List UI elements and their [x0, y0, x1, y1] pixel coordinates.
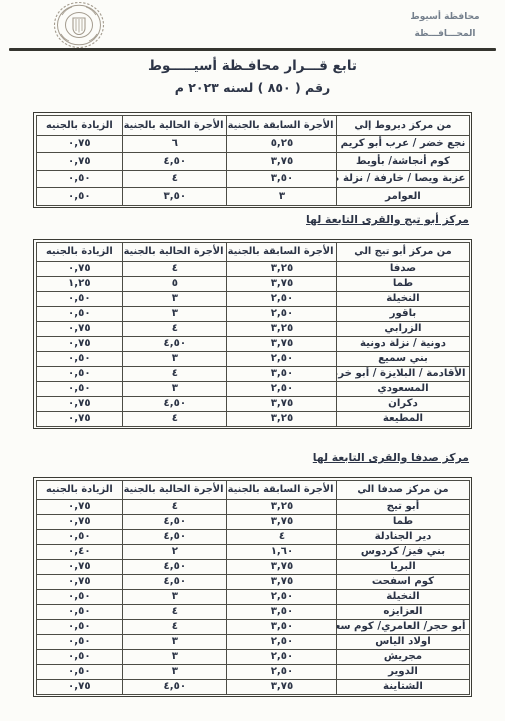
abu-tig-fares-table: من مركز أبو تيج اليالأجرة السابقة بالجني… [36, 242, 470, 427]
table-row: كوم أنجاشة/ بأويط٣,٧٥٤,٥٠٠,٧٥ [36, 153, 469, 171]
decree-title: تابع قـــرار محافـظة أسيـــــوط [0, 58, 505, 74]
fare-value-cell: ٠,٧٥ [36, 321, 123, 336]
fare-value-cell: ٠,٥٠ [36, 291, 123, 306]
fare-value-cell: ٣,٥٠ [227, 170, 337, 188]
table-frame: من مركز صدفا اليالأجرة السابقة بالجنيةال… [33, 477, 472, 697]
fare-value-cell: ٠,٥٠ [36, 529, 123, 544]
fare-value-cell: ٢,٥٠ [227, 381, 337, 396]
fare-value-cell: ٠,٥٠ [36, 366, 123, 381]
table-header-row: من مركز ديروط إليالأجرة السابقة بالجنيةا… [36, 115, 469, 135]
destination-cell: العوامر [337, 188, 469, 206]
fare-value-cell: ٣,٥٠ [123, 188, 227, 206]
destination-cell: أبو تيج [337, 499, 469, 514]
destination-cell: دونية / نزلة دونية [337, 336, 469, 351]
destination-cell: الشتاينة [337, 679, 469, 694]
fare-value-cell: ٠,٧٥ [36, 574, 123, 589]
fare-value-cell: ٠,٧٥ [36, 135, 123, 153]
fare-value-cell: ٣ [123, 306, 227, 321]
fare-value-cell: ٤,٥٠ [123, 559, 227, 574]
fare-value-cell: ٤,٥٠ [123, 679, 227, 694]
decree-number-line: رقم ( ٨٥٠ ) لسنه ٢٠٢٣ م [0, 80, 505, 95]
destination-cell: أبو حجر/ العامري/ كوم سعيد [337, 619, 469, 634]
fare-value-cell: ٠,٧٥ [36, 679, 123, 694]
governorate-seal-icon [46, 1, 112, 49]
fare-value-cell: ٣,٥٠ [227, 619, 337, 634]
fare-value-cell: ٤,٥٠ [123, 514, 227, 529]
fare-column-header: الأجرة الحالية بالجنية [123, 115, 227, 135]
fare-value-cell: ٤ [123, 366, 227, 381]
destination-cell: البريا [337, 559, 469, 574]
fare-value-cell: ٤ [123, 604, 227, 619]
abu-tig-fares-table-block: من مركز أبو تيج اليالأجرة السابقة بالجني… [33, 239, 472, 429]
fare-column-header: الأجرة الحالية بالجنية [123, 242, 227, 261]
dairut-fares-table: من مركز ديروط إليالأجرة السابقة بالجنيةا… [36, 115, 470, 206]
fare-value-cell: ٣ [123, 649, 227, 664]
destination-cell: الدوير [337, 664, 469, 679]
fare-value-cell: ٠,٧٥ [36, 514, 123, 529]
fare-value-cell: ٤,٥٠ [123, 336, 227, 351]
table-row: الزرابي٣,٢٥٤٠,٧٥ [36, 321, 469, 336]
table-row: النخيلة٢,٥٠٣٠,٥٠ [36, 589, 469, 604]
fare-value-cell: ٣,٢٥ [227, 261, 337, 276]
fare-value-cell: ٠,٤٠ [36, 544, 123, 559]
fare-value-cell: ٣,٢٥ [227, 411, 337, 426]
fare-column-header: الأجرة السابقة بالجنية [227, 115, 337, 135]
fare-value-cell: ٠,٥٠ [36, 306, 123, 321]
table-frame: من مركز أبو تيج اليالأجرة السابقة بالجني… [33, 239, 472, 429]
destination-cell: المسعودي [337, 381, 469, 396]
fare-value-cell: ٤ [123, 321, 227, 336]
fare-value-cell: ٣,٢٥ [227, 499, 337, 514]
fare-value-cell: ٠,٧٥ [36, 261, 123, 276]
fare-value-cell: ٠,٥٠ [36, 664, 123, 679]
destination-cell: بني سميع [337, 351, 469, 366]
fare-value-cell: ٤ [123, 411, 227, 426]
table-row: الدوير٢,٥٠٣٠,٥٠ [36, 664, 469, 679]
fare-value-cell: ٣,٧٥ [227, 396, 337, 411]
fare-value-cell: ٣,٧٥ [227, 153, 337, 171]
fare-value-cell: ٢,٥٠ [227, 306, 337, 321]
fare-value-cell: ٠,٥٠ [36, 381, 123, 396]
table-row: المطيعة٣,٢٥٤٠,٧٥ [36, 411, 469, 426]
fare-value-cell: ٣,٥٠ [227, 604, 337, 619]
fare-column-header: الزيادة بالجنيه [36, 115, 123, 135]
table-row: الأقادمة / البلايزة / أبو خرص٣,٥٠٤٠,٥٠ [36, 366, 469, 381]
table-row: دكران٣,٧٥٤,٥٠٠,٧٥ [36, 396, 469, 411]
fare-value-cell: ٢ [123, 544, 227, 559]
table-row: العزايزه٣,٥٠٤٠,٥٠ [36, 604, 469, 619]
table-row: دونية / نزلة دونية٣,٧٥٤,٥٠٠,٧٥ [36, 336, 469, 351]
fare-value-cell: ٣,٢٥ [227, 321, 337, 336]
fare-value-cell: ٤,٥٠ [123, 153, 227, 171]
fare-value-cell: ١,٢٥ [36, 276, 123, 291]
table-row: بني سميع٢,٥٠٣٠,٥٠ [36, 351, 469, 366]
table-row: أبو تيج٣,٢٥٤٠,٧٥ [36, 499, 469, 514]
table-row: كوم اسفحت٣,٧٥٤,٥٠٠,٧٥ [36, 574, 469, 589]
fare-value-cell: ٣,٧٥ [227, 336, 337, 351]
fare-value-cell: ٠,٥٠ [36, 188, 123, 206]
fare-value-cell: ٠,٥٠ [36, 619, 123, 634]
fare-value-cell: ٠,٥٠ [36, 604, 123, 619]
fare-value-cell: ٠,٧٥ [36, 153, 123, 171]
fare-value-cell: ٤ [123, 619, 227, 634]
table-row: العوامر٣٣,٥٠٠,٥٠ [36, 188, 469, 206]
fare-value-cell: ٤ [123, 170, 227, 188]
table-row: البريا٣,٧٥٤,٥٠٠,٧٥ [36, 559, 469, 574]
fare-value-cell: ٠,٥٠ [36, 351, 123, 366]
destination-cell: دير الجنادلة [337, 529, 469, 544]
sadfa-fares-table: من مركز صدفا اليالأجرة السابقة بالجنيةال… [36, 480, 470, 695]
fare-value-cell: ٢,٥٠ [227, 664, 337, 679]
fare-value-cell: ٢,٥٠ [227, 351, 337, 366]
destination-cell: عزبة ويصا / خارفة / نزلة ضاهر [337, 170, 469, 188]
fare-column-header: الزيادة بالجنيه [36, 480, 123, 499]
destination-cell: دكران [337, 396, 469, 411]
table-row: أبو حجر/ العامري/ كوم سعيد٣,٥٠٤٠,٥٠ [36, 619, 469, 634]
destination-cell: المطيعة [337, 411, 469, 426]
table-row: عزبة ويصا / خارفة / نزلة ضاهر٣,٥٠٤٠,٥٠ [36, 170, 469, 188]
letterhead-org-text: محافظة أسيوط المحـــافـــظة [391, 9, 499, 43]
fare-value-cell: ٢,٥٠ [227, 649, 337, 664]
table-row: النخيلة٢,٥٠٣٠,٥٠ [36, 291, 469, 306]
fare-value-cell: ٦ [123, 135, 227, 153]
section-heading-abu-tig: مركز أبو تيج والقرى التابعة لها [306, 213, 469, 226]
fare-value-cell: ٠,٥٠ [36, 634, 123, 649]
fare-value-cell: ٣ [123, 589, 227, 604]
sadfa-fares-table-block: من مركز صدفا اليالأجرة السابقة بالجنيةال… [33, 477, 472, 697]
destination-column-header: من مركز أبو تيج الي [337, 242, 469, 261]
destination-cell: كوم أنجاشة/ بأويط [337, 153, 469, 171]
destination-cell: الزرابي [337, 321, 469, 336]
destination-cell: صدفا [337, 261, 469, 276]
scanned-decree-page: محافظة أسيوط المحـــافـــظة تابع قـــرار… [0, 0, 505, 721]
section-heading-sadfa: مركز صدفا والقرى التابعة لها [313, 451, 469, 464]
fare-value-cell: ٣ [123, 381, 227, 396]
table-row: اولاد الياس٢,٥٠٣٠,٥٠ [36, 634, 469, 649]
fare-value-cell: ٤,٥٠ [123, 396, 227, 411]
fare-value-cell: ١,٦٠ [227, 544, 337, 559]
fare-column-header: الأجرة السابقة بالجنية [227, 480, 337, 499]
fare-value-cell: ٣ [227, 188, 337, 206]
table-row: طما٣,٧٥٤,٥٠٠,٧٥ [36, 514, 469, 529]
header-divider [9, 48, 496, 51]
fare-column-header: الأجرة السابقة بالجنية [227, 242, 337, 261]
fare-value-cell: ٥,٢٥ [227, 135, 337, 153]
destination-cell: بني فيز/ كردوس [337, 544, 469, 559]
fare-value-cell: ٠,٧٥ [36, 336, 123, 351]
destination-cell: كوم اسفحت [337, 574, 469, 589]
table-row: مجريش٢,٥٠٣٠,٥٠ [36, 649, 469, 664]
table-row: باقور٢,٥٠٣٠,٥٠ [36, 306, 469, 321]
org-name: محافظة أسيوط [391, 9, 499, 26]
fare-value-cell: ٤ [123, 499, 227, 514]
table-row: المسعودي٢,٥٠٣٠,٥٠ [36, 381, 469, 396]
fare-value-cell: ٤,٥٠ [123, 574, 227, 589]
fare-value-cell: ٥ [123, 276, 227, 291]
destination-cell: النخيلة [337, 291, 469, 306]
destination-cell: نجع خضر / عرب أبو كريم [337, 135, 469, 153]
fare-value-cell: ٤,٥٠ [123, 529, 227, 544]
table-row: طما٣,٧٥٥١,٢٥ [36, 276, 469, 291]
dairut-fares-table-block: من مركز ديروط إليالأجرة السابقة بالجنيةا… [33, 112, 472, 208]
fare-value-cell: ٣ [123, 664, 227, 679]
table-frame: من مركز ديروط إليالأجرة السابقة بالجنيةا… [33, 112, 472, 208]
destination-cell: مجريش [337, 649, 469, 664]
fare-value-cell: ٣ [123, 634, 227, 649]
destination-cell: اولاد الياس [337, 634, 469, 649]
destination-cell: باقور [337, 306, 469, 321]
fare-value-cell: ٤ [123, 261, 227, 276]
destination-column-header: من مركز صدفا الي [337, 480, 469, 499]
fare-value-cell: ٠,٧٥ [36, 396, 123, 411]
fare-value-cell: ٣,٧٥ [227, 514, 337, 529]
table-row: صدفا٣,٢٥٤٠,٧٥ [36, 261, 469, 276]
fare-value-cell: ٤ [227, 529, 337, 544]
fare-value-cell: ٣,٧٥ [227, 679, 337, 694]
table-row: دير الجنادلة٤٤,٥٠٠,٥٠ [36, 529, 469, 544]
fare-value-cell: ٠,٥٠ [36, 589, 123, 604]
fare-value-cell: ٢,٥٠ [227, 291, 337, 306]
fare-value-cell: ٣,٧٥ [227, 559, 337, 574]
fare-column-header: الزيادة بالجنيه [36, 242, 123, 261]
table-header-row: من مركز صدفا اليالأجرة السابقة بالجنيةال… [36, 480, 469, 499]
fare-column-header: الأجرة الحالية بالجنية [123, 480, 227, 499]
fare-value-cell: ٣,٧٥ [227, 574, 337, 589]
destination-column-header: من مركز ديروط إلي [337, 115, 469, 135]
fare-value-cell: ٠,٥٠ [36, 170, 123, 188]
fare-value-cell: ٢,٥٠ [227, 589, 337, 604]
fare-value-cell: ٣,٧٥ [227, 276, 337, 291]
fare-value-cell: ٣ [123, 291, 227, 306]
fare-value-cell: ٠,٥٠ [36, 649, 123, 664]
table-row: بني فيز/ كردوس١,٦٠٢٠,٤٠ [36, 544, 469, 559]
fare-value-cell: ٠,٧٥ [36, 559, 123, 574]
org-department: المحـــافـــظة [391, 26, 499, 43]
destination-cell: النخيلة [337, 589, 469, 604]
destination-cell: طما [337, 276, 469, 291]
table-row: الشتاينة٣,٧٥٤,٥٠٠,٧٥ [36, 679, 469, 694]
destination-cell: طما [337, 514, 469, 529]
destination-cell: الأقادمة / البلايزة / أبو خرص [337, 366, 469, 381]
table-row: نجع خضر / عرب أبو كريم٥,٢٥٦٠,٧٥ [36, 135, 469, 153]
fare-value-cell: ٣ [123, 351, 227, 366]
fare-value-cell: ٠,٧٥ [36, 499, 123, 514]
fare-value-cell: ٠,٧٥ [36, 411, 123, 426]
fare-value-cell: ٣,٥٠ [227, 366, 337, 381]
table-header-row: من مركز أبو تيج اليالأجرة السابقة بالجني… [36, 242, 469, 261]
destination-cell: العزايزه [337, 604, 469, 619]
fare-value-cell: ٢,٥٠ [227, 634, 337, 649]
